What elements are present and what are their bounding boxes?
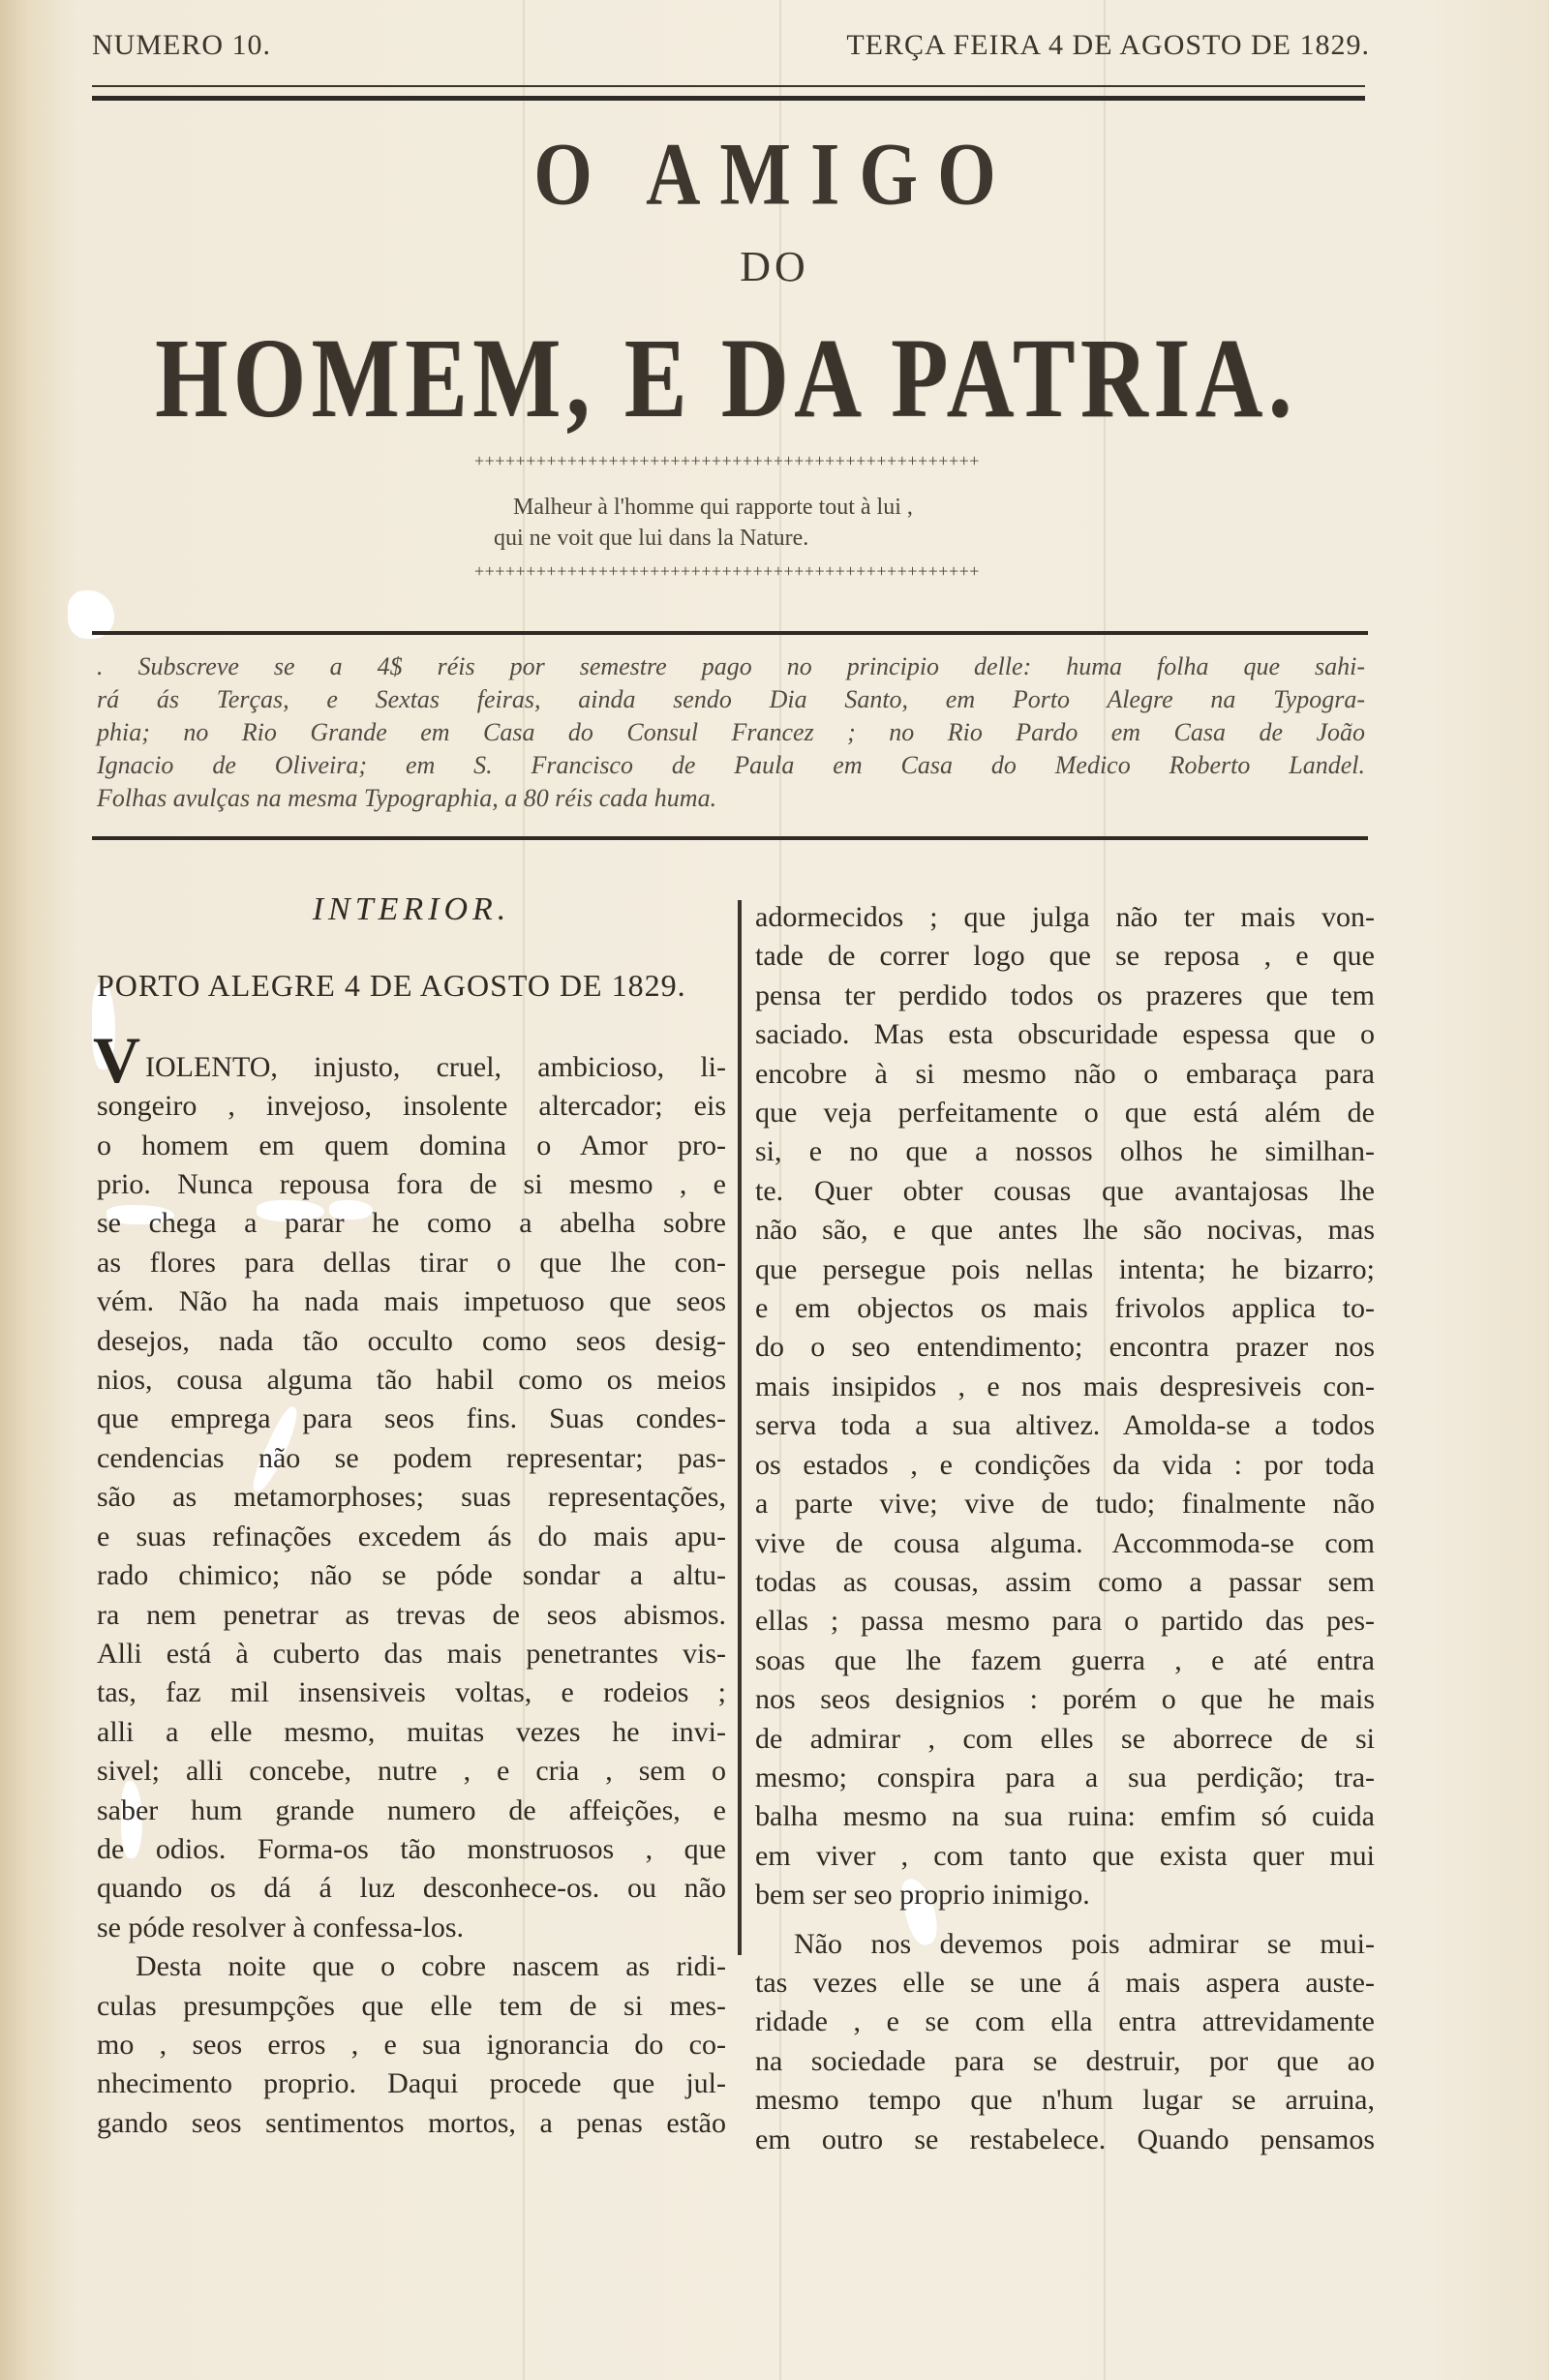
subscription-notice: . Subscreve se a 4$ réis por semestre pa…	[97, 650, 1365, 815]
article-line: ra nem penetrar as trevas de seos abismo…	[97, 1596, 726, 1635]
article-line: mais insipidos , e nos mais despresiveis…	[755, 1368, 1375, 1406]
article-line: nios, cousa alguma tão habil como os mei…	[97, 1361, 726, 1400]
article-line: bem ser seo proprio inimigo.	[755, 1876, 1375, 1914]
article-line: de admirar , com elles se aborrece de si	[755, 1720, 1375, 1759]
article-line: não são, e que antes lhe são nocivas, ma…	[755, 1211, 1375, 1250]
article-line: mo , seos erros , e sua ignorancia do co…	[97, 2026, 726, 2064]
subscription-rule-top	[92, 631, 1368, 635]
article-line: em viver , com tanto que exista quer mui	[755, 1837, 1375, 1876]
subscription-rule-bottom	[92, 836, 1368, 840]
article-line: os estados , e condições da vida : por t…	[755, 1446, 1375, 1485]
article-line: adormecidos ; que julga não ter mais von…	[755, 898, 1375, 937]
article-column-right: adormecidos ; que julga não ter mais von…	[755, 898, 1375, 2159]
article-line: Alli está à cuberto das mais penetrantes…	[97, 1635, 726, 1673]
article-line: se póde resolver à confessa-los.	[97, 1909, 726, 1947]
ornament-rule-top: ++++++++++++++++++++++++++++++++++++++++…	[474, 453, 987, 468]
article-line: si, e no que a nossos olhos he similhan-	[755, 1132, 1375, 1171]
article-line: Não nos devemos pois admirar se mui-	[755, 1925, 1375, 1964]
motto: Malheur à l'homme qui rapporte tout à lu…	[513, 492, 997, 554]
article-line: culas presumpções que elle tem de si mes…	[97, 1987, 726, 2026]
article-line: saciado. Mas esta obscuridade espessa qu…	[755, 1015, 1375, 1054]
article-line: vive de cousa alguma. Accommoda-se com	[755, 1524, 1375, 1563]
subscription-line: phia; no Rio Grande em Casa do Consul Fr…	[97, 716, 1365, 749]
article-line: alli a elle mesmo, muitas vezes he invi-	[97, 1713, 726, 1752]
article-line: desejos, nada tão occulto como seos desi…	[97, 1322, 726, 1361]
ornament-rule-bottom: ++++++++++++++++++++++++++++++++++++++++…	[474, 563, 987, 579]
section-heading: INTERIOR.	[97, 890, 726, 929]
article-line: quando os dá á luz desconhece-os. ou não	[97, 1869, 726, 1908]
article-line: e em objectos os mais frivolos applica t…	[755, 1289, 1375, 1328]
masthead-line-2: DO	[0, 242, 1549, 291]
article-line: ridade , e se com ella entra attrevidame…	[755, 2003, 1375, 2041]
article-line: são as metamorphoses; suas representaçõe…	[97, 1478, 726, 1517]
article-line: que emprega para seos fins. Suas condes-	[97, 1400, 726, 1438]
issue-date: TERÇA FEIRA 4 DE AGOSTO DE 1829.	[846, 29, 1370, 62]
article-line: saber hum grande numero de affeições, e	[97, 1792, 726, 1830]
article-line: gando seos sentimentos mortos, a penas e…	[97, 2104, 726, 2143]
article-line: soas que lhe fazem guerra , e até entra	[755, 1642, 1375, 1680]
article-line: IOLENTO, injusto, cruel, ambicioso, li-	[145, 1051, 726, 1083]
issue-number: NUMERO 10.	[92, 29, 271, 62]
subscription-line: Ignacio de Oliveira; em S. Francisco de …	[97, 749, 1365, 782]
article-line: na sociedade para se destruir, por que a…	[755, 2042, 1375, 2081]
article-line: Desta noite que o cobre nascem as ridi-	[97, 1947, 726, 1986]
article-first-line: V IOLENTO, injusto, cruel, ambicioso, li…	[97, 1048, 726, 1087]
article-line: songeiro , invejoso, insolente altercado…	[97, 1087, 726, 1126]
header-rule	[92, 85, 1365, 101]
article-line: todas as cousas, assim como a passar sem	[755, 1563, 1375, 1602]
masthead-title: HOMEM, E DA PATRIA.	[87, 313, 1365, 443]
article-dateline: PORTO ALEGRE 4 DE AGOSTO DE 1829.	[97, 966, 726, 1005]
subscription-line: rá ás Terças, e Sextas feiras, ainda sen…	[97, 683, 1365, 716]
article-line: de odios. Forma-os tão monstruosos , que	[97, 1830, 726, 1869]
motto-line-1: Malheur à l'homme qui rapporte tout à lu…	[513, 492, 997, 523]
article-line: do o seo entendimento; encontra prazer n…	[755, 1328, 1375, 1367]
article-line: tade de correr logo que se reposa , e qu…	[755, 937, 1375, 976]
article-line: serva toda a sua altivez. Amolda-se a to…	[755, 1406, 1375, 1445]
motto-line-2: qui ne voit que lui dans la Nature.	[494, 523, 997, 554]
article-line: tas, faz mil insensiveis voltas, e rodei…	[97, 1673, 726, 1712]
article-line: mesmo tempo que n'hum lugar se arruina,	[755, 2081, 1375, 2120]
article-line: ellas ; passa mesmo para o partido das p…	[755, 1602, 1375, 1641]
article-line: sivel; alli concebe, nutre , e cria , se…	[97, 1752, 726, 1791]
article-line: que veja perfeitamente o que está além d…	[755, 1094, 1375, 1132]
article-line: nos seos designios : porém o que he mais	[755, 1680, 1375, 1719]
article-line: que persegue pois nellas intenta; he biz…	[755, 1250, 1375, 1289]
article-line: nhecimento proprio. Daqui procede que ju…	[97, 2064, 726, 2103]
article-line: rado chimico; não se póde sondar a altu-	[97, 1556, 726, 1595]
subscription-line: Folhas avulças na mesma Typographia, a 8…	[97, 782, 1365, 815]
article-line: as flores para dellas tirar o que lhe co…	[97, 1244, 726, 1282]
article-line: a parte vive; vive de tudo; finalmente n…	[755, 1485, 1375, 1523]
article-line: cendencias não se podem representar; pas…	[97, 1439, 726, 1478]
article-line: o homem em quem domina o Amor pro-	[97, 1127, 726, 1165]
article-line: e suas refinações excedem ás do mais apu…	[97, 1518, 726, 1556]
subscription-line: . Subscreve se a 4$ réis por semestre pa…	[97, 650, 1365, 683]
drop-cap: V	[93, 1027, 140, 1093]
article-line: se chega a parar he como a abelha sobre	[97, 1204, 726, 1243]
article-line: vém. Não ha nada mais impetuoso que seos	[97, 1282, 726, 1321]
article-line: mesmo; conspira para a sua perdição; tra…	[755, 1759, 1375, 1797]
article-line: prio. Nunca repousa fora de si mesmo , e	[97, 1165, 726, 1204]
article-line: em outro se restabelece. Quando pensamos	[755, 2121, 1375, 2159]
issue-header: NUMERO 10. TERÇA FEIRA 4 DE AGOSTO DE 18…	[92, 29, 1370, 62]
article-line: te. Quer obter cousas que avantajosas lh…	[755, 1172, 1375, 1211]
article-column-left: INTERIOR. PORTO ALEGRE 4 DE AGOSTO DE 18…	[97, 890, 726, 2143]
article-line: pensa ter perdido todos os prazeres que …	[755, 977, 1375, 1015]
masthead-line-1: O AMIGO	[0, 123, 1549, 226]
article-line: encobre à si mesmo não o embaraça para	[755, 1055, 1375, 1094]
article-line: tas vezes elle se une á mais aspera aust…	[755, 1964, 1375, 2003]
column-divider	[738, 900, 742, 1955]
article-line: balha mesmo na sua ruina: emfim só cuida	[755, 1797, 1375, 1836]
